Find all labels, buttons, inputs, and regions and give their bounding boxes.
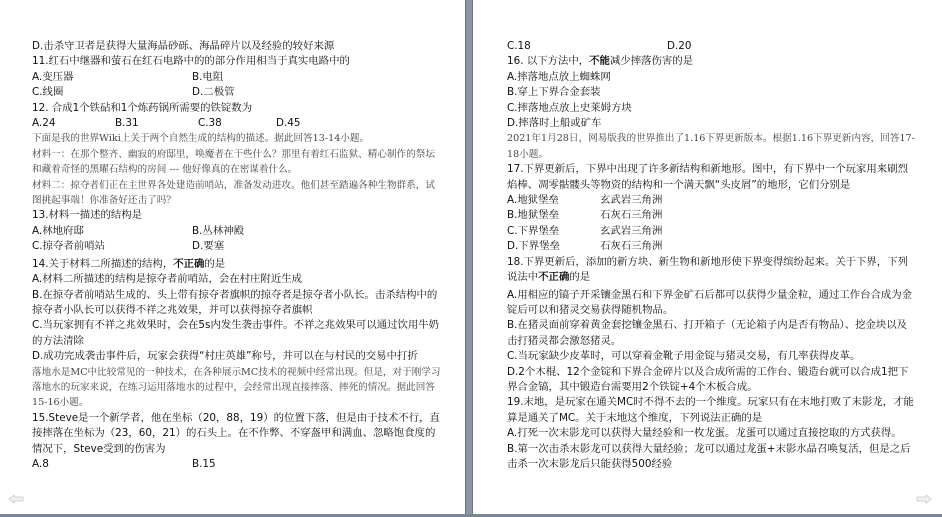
option-c: C.线圈	[32, 85, 192, 100]
question-16-option-c: C.摔落地点放上史莱姆方块	[507, 101, 917, 116]
question-10-option-d: D.击杀守卫者是获得大量海晶砂砾、海晶碎片以及经验的较好来源	[32, 39, 442, 54]
question-14-option-d: D.成功完成袭击事件后，玩家会获得“村庄英雄”称号，并可以在与村民的交易中打折	[32, 349, 442, 364]
option-c-terrain: 玄武岩三角洲	[600, 224, 662, 239]
emphasis-text: 不正确	[173, 258, 204, 270]
question-14-suffix: 的是	[204, 258, 225, 270]
question-19-option-a: A.打死一次末影龙可以获得大量经验和一枚龙蛋。龙蛋可以通过直接挖取的方式获得。	[507, 426, 917, 441]
emphasis-text: 不正确	[538, 271, 569, 283]
arrow-right-icon[interactable]	[916, 494, 932, 504]
question-18-option-b: B.在猪灵面前穿着黄金套挖镶金黑石、打开箱子（无论箱子内是否有物品）、挖金块以及…	[507, 318, 917, 349]
option-b: B.丛林神殿	[192, 224, 244, 239]
option-a: A.8	[32, 457, 192, 472]
question-18-option-c: C.当玩家缺少皮革时，可以穿着金靴子用金锭与猪灵交易，有几率获得皮革。	[507, 349, 917, 364]
question-17-option-c: C.下界堡垒 玄武岩三角洲	[507, 224, 917, 239]
option-a-structure: A.地狱堡垒	[507, 193, 600, 208]
question-18-option-a: A.用相应的镐子开采镶金黑石和下界金矿石后都可以获得少量金粒，通过工作台合成为金…	[507, 288, 917, 319]
option-a-terrain: 玄武岩三角洲	[600, 193, 662, 208]
option-d: D.45	[276, 116, 301, 131]
question-15-options: A.8 B.15	[32, 457, 442, 472]
question-17: 17.下界更新后，下界中出现了许多新结构和新地形。图中，有下界中一个玩家用来刷烈…	[507, 162, 917, 193]
option-d-structure: D.下界堡垒	[507, 239, 600, 254]
question-16-text: 16. 以下方法中，	[507, 55, 589, 67]
question-17-option-b: B.地狱堡垒 石灰石三角洲	[507, 208, 917, 223]
question-14-text: 14.关于材料二所描述的结构，	[32, 258, 173, 270]
option-d: D.二极管	[192, 85, 234, 100]
question-19-option-b: B.第一次击杀末影龙可以获得大量经验；龙可以通过龙蛋+末影水晶召唤复活，但是之后…	[507, 442, 917, 473]
question-18-suffix: 的是	[569, 271, 590, 283]
question-14-option-c: C.当玩家拥有不祥之兆效果时，会在5s内发生袭击事件。不祥之兆效果可以通过饮用牛…	[32, 318, 442, 349]
question-16-option-a: A.摔落地点放上蜘蛛网	[507, 70, 917, 85]
question-11-options-row2: C.线圈 D.二极管	[32, 85, 442, 100]
question-15-options-continued: C.18 D.20	[507, 39, 917, 54]
question-16-option-b: B.穿上下界合金套装	[507, 85, 917, 100]
option-d-terrain: 石灰石三角洲	[600, 239, 662, 254]
material-intro-17-18: 2021年1月28日，网易版我的世界推出了1.16下界更新版本。根据1.16下界…	[507, 131, 917, 162]
question-12-options: A.24 B.31 C.38 D.45	[32, 116, 442, 131]
option-c: C.18	[507, 39, 667, 54]
option-b: B.31	[115, 116, 198, 131]
emphasis-text: 不能	[589, 55, 610, 67]
question-14-option-b: B.在掠夺者前哨站生成的、头上带有掠夺者旗帜的掠夺者是掠夺者小队长。击杀结构中的…	[32, 288, 442, 319]
question-18-option-d: D.2个木棍、12个金锭和下界合金碎片以及合成所需的工作台、锻造台就可以合成1把…	[507, 365, 917, 396]
question-16-suffix: 减少摔落伤害的是	[610, 55, 693, 67]
question-17-option-a: A.地狱堡垒 玄武岩三角洲	[507, 193, 917, 208]
question-14: 14.关于材料二所描述的结构，不正确的是	[32, 257, 442, 272]
question-18: 18.下界更新后，添加的新方块、新生物和新地形使下界变得缤纷起来。关于下界，下列…	[507, 255, 917, 286]
question-16-option-d: D.摔落时上船或矿车	[507, 116, 917, 131]
question-16: 16. 以下方法中，不能减少摔落伤害的是	[507, 54, 917, 69]
option-c: C.掠夺者前哨站	[32, 239, 192, 254]
material-one: 材料一：在那个整齐、幽寂的府邸里，唤魔者在干些什么？那里有着红石监狱、精心制作的…	[32, 147, 442, 178]
page-content: C.18 D.20 16. 以下方法中，不能减少摔落伤害的是 A.摔落地点放上蜘…	[507, 39, 917, 472]
option-c: C.38	[198, 116, 276, 131]
option-a: A.变压器	[32, 70, 192, 85]
question-13-options-row2: C.掠夺者前哨站 D.要塞	[32, 239, 442, 254]
option-c-structure: C.下界堡垒	[507, 224, 600, 239]
material-two: 材料二：掠夺者们正在主世界各处建造前哨站，准备发动进攻。他们甚至踏遍各种生物群系…	[32, 178, 442, 209]
material-intro-15-16: 落地水是MC中比较常见的一种技术，在各种展示MC技术的视频中经常出现。但是，对于…	[32, 365, 442, 411]
question-15: 15.Steve是一个新学者，他在坐标（20，88，19）的位置下落，但是由于技…	[32, 411, 442, 457]
question-13-options-row1: A.林地府邸 B.丛林神殿	[32, 224, 442, 239]
document-page-left: D.击杀守卫者是获得大量海晶砂砾、海晶碎片以及经验的较好来源 11.红石中继器和…	[0, 0, 466, 514]
page-content: D.击杀守卫者是获得大量海晶砂砾、海晶碎片以及经验的较好来源 11.红石中继器和…	[32, 39, 442, 472]
question-19: 19.末地，是玩家在通关MC时不得不去的一个维度。玩家只有在末地打败了末影龙，才…	[507, 395, 917, 426]
option-a: A.24	[32, 116, 115, 131]
question-11: 11.红石中继器和萤石在红石电路中的的部分作用相当于真实电路中的	[32, 54, 442, 69]
option-a: A.林地府邸	[32, 224, 192, 239]
question-17-option-d: D.下界堡垒 石灰石三角洲	[507, 239, 917, 254]
option-d: D.要塞	[192, 239, 224, 254]
option-b-terrain: 石灰石三角洲	[600, 208, 662, 223]
question-13: 13.材料一描述的结构是	[32, 208, 442, 223]
option-b: B.15	[192, 457, 216, 472]
question-11-options-row1: A.变压器 B.电阻	[32, 70, 442, 85]
option-b-structure: B.地狱堡垒	[507, 208, 600, 223]
document-page-right: C.18 D.20 16. 以下方法中，不能减少摔落伤害的是 A.摔落地点放上蜘…	[472, 0, 942, 514]
option-b: B.电阻	[192, 70, 223, 85]
option-d: D.20	[667, 39, 692, 54]
arrow-left-icon[interactable]	[8, 494, 24, 504]
material-intro: 下面是我的世界Wiki上关于两个自然生成的结构的描述。据此回答13-14小题。	[32, 131, 442, 146]
question-12: 12. 合成1个铁砧和1个炼药锅所需要的铁锭数为	[32, 101, 442, 116]
question-14-option-a: A.材料二所描述的结构是掠夺者前哨站，会在村庄附近生成	[32, 272, 442, 287]
